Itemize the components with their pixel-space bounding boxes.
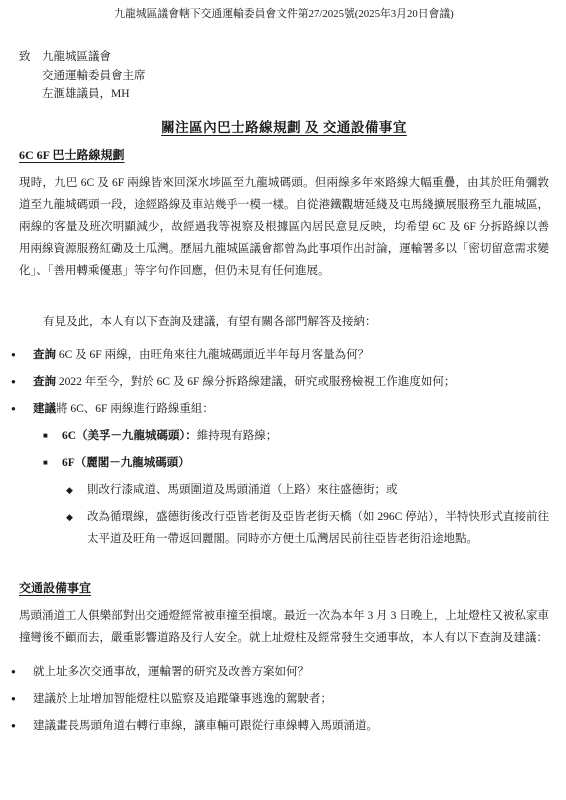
bullet-list-section1: ● 查詢 6C 及 6F 兩線，由旺角來往九龍城碼頭近半年每月客量為何？ ● 查… xyxy=(19,344,549,550)
salutation: 致 xyxy=(19,48,42,104)
bullet-text: 6F（麗閣－九龍城碼頭） xyxy=(62,452,549,474)
list-item: ● 建議畫長馬頭角道右轉行車線，讓車輛可跟從行車線轉入馬頭涌道。 xyxy=(11,715,549,737)
circle-bullet-icon: ● xyxy=(11,398,33,420)
document-page: 九龍城區議會轄下交通運輸委員會文件第27/2025號(2025年3月20日會議)… xyxy=(0,0,566,800)
bullet-text: 建議畫長馬頭角道右轉行車線，讓車輛可跟從行車線轉入馬頭涌道。 xyxy=(33,715,549,737)
list-item: ■ 6C（美孚－九龍城碼頭）：維持現有路線； xyxy=(43,425,549,447)
bullet-text: 查詢 2022 年至今，對於 6C 及 6F 線分拆路線建議，研究或服務檢視工作… xyxy=(33,371,549,393)
bullet-body: 將 6C、6F 兩線進行路線重組： xyxy=(56,403,214,415)
bullet-body: 6C 及 6F 兩線，由旺角來往九龍城碼頭近半年每月客量為何？ xyxy=(56,349,369,361)
bullet-list-section2: ● 就上址多次交通事故，運輸署的研究及改善方案如何？ ● 建議於上址增加智能燈柱… xyxy=(19,661,549,737)
recipient-line-committee: 交通運輸委員會主席 xyxy=(42,67,549,86)
bullet-text: 建議將 6C、6F 兩線進行路線重組： xyxy=(33,398,549,420)
bullet-lead: 查詢 xyxy=(33,349,56,361)
circle-bullet-icon: ● xyxy=(11,715,33,737)
bullet-lead: 6C（美孚－九龍城碼頭）： xyxy=(62,430,197,442)
diamond-bullet-icon: ◆ xyxy=(66,506,87,528)
recipient-line-councillor: 左滙雄議員，MH xyxy=(42,85,549,104)
doc-header: 九龍城區議會轄下交通運輸委員會文件第27/2025號(2025年3月20日會議) xyxy=(19,7,549,22)
bullet-lead: 建議 xyxy=(33,403,56,415)
circle-bullet-icon: ● xyxy=(11,688,33,710)
bullet-text: 建議於上址增加智能燈柱以監察及追蹤肇事逃逸的駕駛者； xyxy=(33,688,549,710)
list-item: ◆ 則改行漆咸道、馬頭圍道及馬頭涌道（上路）來往盛德街；或 xyxy=(66,479,549,501)
section-heading-bus-routes: 6C 6F 巴士路線規劃 xyxy=(19,147,549,164)
bullet-text: 改為循環線，盛德街後改行亞皆老街及亞皆老街天橋（如 296C 停站），半特快形式… xyxy=(87,506,549,550)
square-bullet-icon: ■ xyxy=(43,425,62,447)
list-item: ● 查詢 2022 年至今，對於 6C 及 6F 線分拆路線建議，研究或服務檢視… xyxy=(11,371,549,393)
list-item: ● 建議於上址增加智能燈柱以監察及追蹤肇事逃逸的駕駛者； xyxy=(11,688,549,710)
bullet-text: 6C（美孚－九龍城碼頭）：維持現有路線； xyxy=(62,425,549,447)
doc-title: 關注區內巴士路線規劃 及 交通設備事宜 xyxy=(19,118,549,137)
list-item: ■ 6F（麗閣－九龍城碼頭） xyxy=(43,452,549,474)
diamond-bullet-icon: ◆ xyxy=(66,479,87,501)
circle-bullet-icon: ● xyxy=(11,371,33,393)
bullet-body: 2022 年至今，對於 6C 及 6F 線分拆路線建議，研究或服務檢視工作進度如… xyxy=(56,376,455,388)
recipient-line-council: 九龍城區議會 xyxy=(42,48,549,67)
bullet-text: 查詢 6C 及 6F 兩線，由旺角來往九龍城碼頭近半年每月客量為何？ xyxy=(33,344,549,366)
square-bullet-icon: ■ xyxy=(43,452,62,474)
bullet-text: 則改行漆咸道、馬頭圍道及馬頭涌道（上路）來往盛德街；或 xyxy=(87,479,549,501)
paragraph-enquiry-intro: 有見及此，本人有以下查詢及建議，有望有關各部門解答及接納： xyxy=(19,311,549,333)
list-item: ● 查詢 6C 及 6F 兩線，由旺角來往九龍城碼頭近半年每月客量為何？ xyxy=(11,344,549,366)
bullet-lead: 6F（麗閣－九龍城碼頭） xyxy=(62,457,190,469)
paragraph-bus-routes: 現時，九巴 6C 及 6F 兩線皆來回深水埗區至九龍城碼頭。但兩線多年來路線大幅… xyxy=(19,172,549,282)
bullet-body: 維持現有路線； xyxy=(197,430,278,442)
paragraph-traffic-facilities: 馬頭涌道工人俱樂部對出交通燈經常被車撞至損壞。最近一次為本年 3 月 3 日晚上… xyxy=(19,605,549,649)
section-heading-traffic-facilities: 交通設備事宜 xyxy=(19,580,549,597)
list-item: ◆ 改為循環線，盛德街後改行亞皆老街及亞皆老街天橋（如 296C 停站），半特快… xyxy=(66,506,549,550)
list-item: ● 建議將 6C、6F 兩線進行路線重組： xyxy=(11,398,549,420)
list-item: ● 就上址多次交通事故，運輸署的研究及改善方案如何？ xyxy=(11,661,549,683)
circle-bullet-icon: ● xyxy=(11,661,33,683)
circle-bullet-icon: ● xyxy=(11,344,33,366)
bullet-lead: 查詢 xyxy=(33,376,56,388)
bullet-text: 就上址多次交通事故，運輸署的研究及改善方案如何？ xyxy=(33,661,549,683)
recipient-block: 致 九龍城區議會 交通運輸委員會主席 左滙雄議員，MH xyxy=(19,48,549,104)
